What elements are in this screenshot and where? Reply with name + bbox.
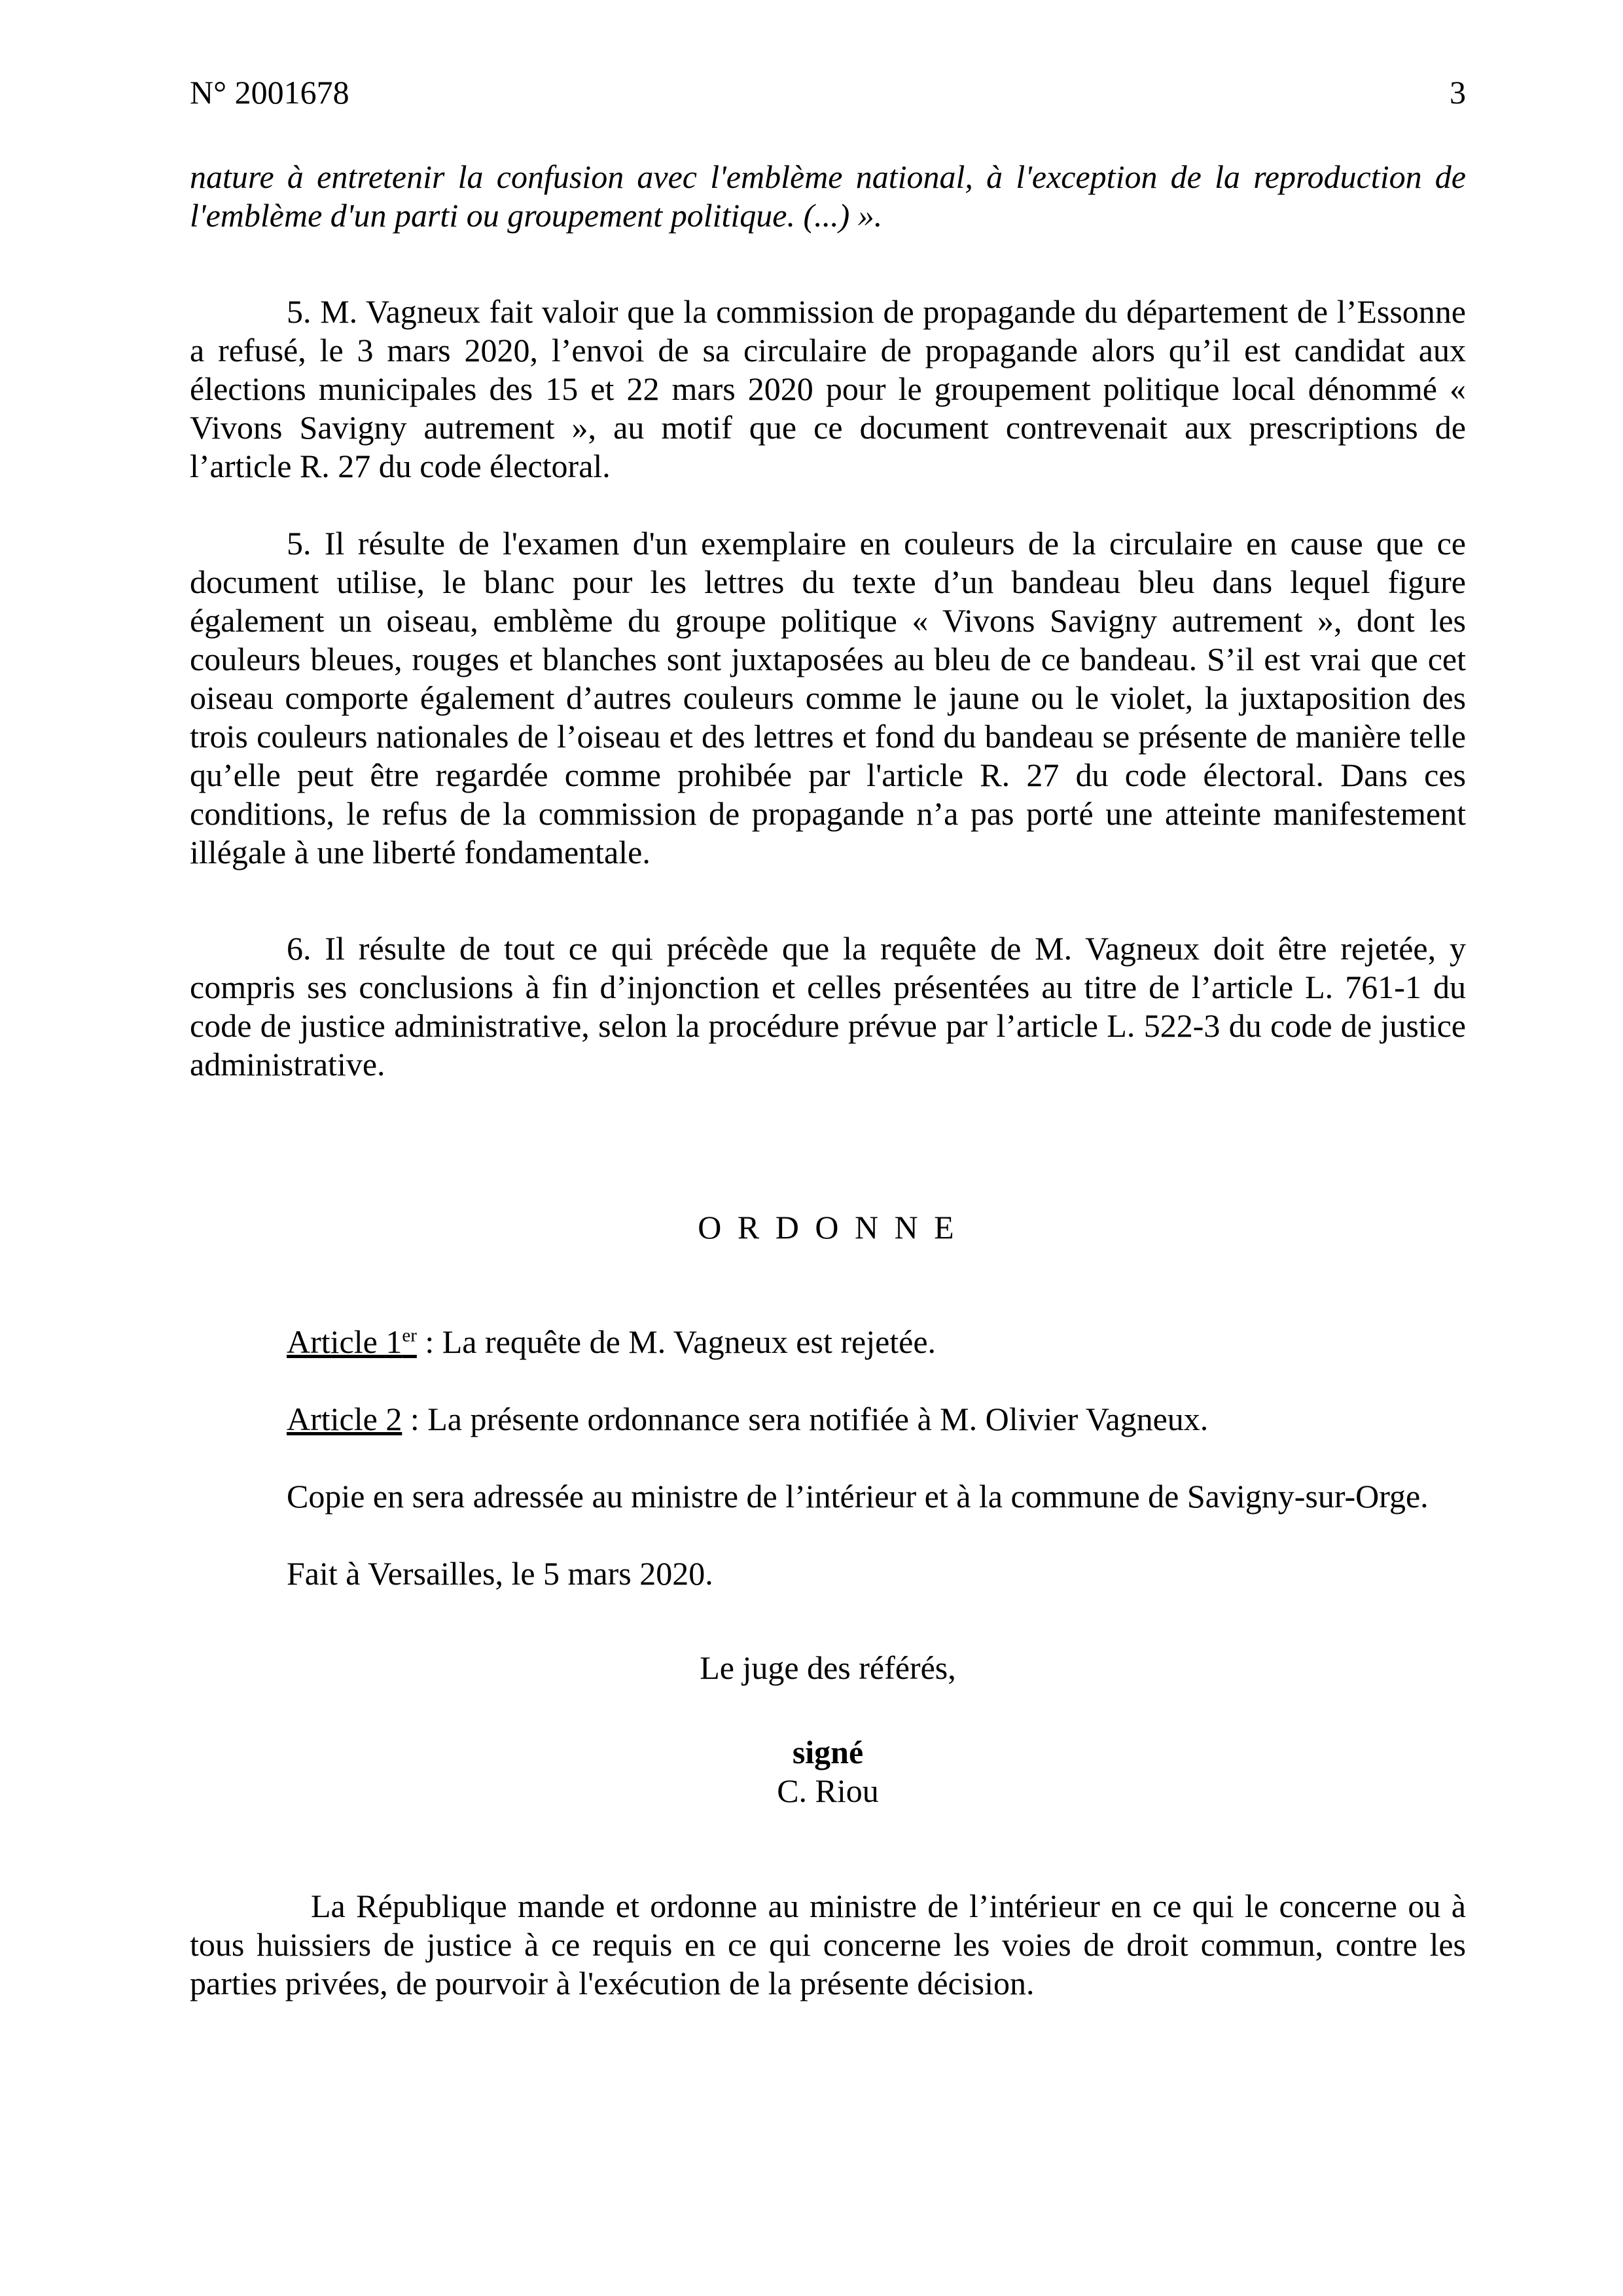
- page-number: 3: [1450, 73, 1466, 112]
- article-1-ordinal-superscript: er: [402, 1325, 417, 1346]
- article-1-label: Article 1: [287, 1323, 402, 1360]
- article-1-title: Article 1er: [287, 1323, 417, 1360]
- article-2-label: Article 2: [287, 1401, 402, 1437]
- case-number: N° 2001678: [190, 73, 349, 112]
- date-place-line: Fait à Versailles, le 5 mars 2020.: [287, 1554, 1466, 1593]
- article-2-line: Article 2 : La présente ordonnance sera …: [287, 1400, 1466, 1439]
- article-2-title: Article 2: [287, 1401, 402, 1437]
- document-page: N° 2001678 3 nature à entretenir la conf…: [0, 0, 1623, 2296]
- article-1-text: : La requête de M. Vagneux est rejetée.: [417, 1323, 936, 1360]
- article-2-text: : La présente ordonnance sera notifiée à…: [402, 1401, 1208, 1437]
- closing-execution-paragraph: La République mande et ordonne au minist…: [190, 1887, 1466, 2003]
- page-header: N° 2001678 3: [190, 73, 1466, 112]
- paragraph-5-examen: 5. Il résulte de l'examen d'un exemplair…: [190, 524, 1466, 872]
- paragraph-6-conclusion: 6. Il résulte de tout ce qui précède que…: [190, 929, 1466, 1084]
- paragraph-5-vagneux: 5. M. Vagneux fait valoir que la commiss…: [190, 293, 1466, 486]
- quote-continuation: nature à entretenir la confusion avec l'…: [190, 158, 1466, 235]
- article-1-line: Article 1er : La requête de M. Vagneux e…: [287, 1323, 1466, 1361]
- ordonne-heading: O R D O N N E: [190, 1208, 1466, 1247]
- signed-label: signé: [190, 1733, 1466, 1772]
- copy-line: Copie en sera adressée au ministre de l’…: [287, 1477, 1466, 1516]
- signatory-name: C. Riou: [190, 1772, 1466, 1810]
- judge-role-line: Le juge des référés,: [190, 1649, 1466, 1687]
